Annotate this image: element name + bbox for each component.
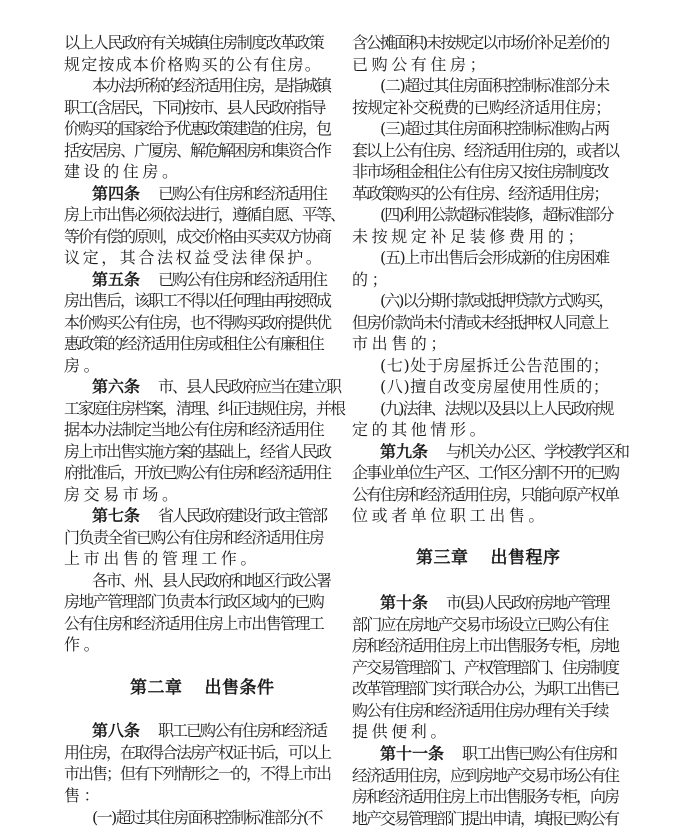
text-line: 房交易市场。 [64, 484, 182, 506]
line-text: 购公有住房和经济适用住房办理有关手续 [352, 701, 608, 720]
line-text: 非市场租金租住公有住房又按住房制度改 [352, 162, 608, 181]
text-line: 规定按成本价格购买的公有住房。 [64, 54, 322, 76]
line-text: 房和经济适用住房上市出售服务专柜，房地 [352, 636, 618, 655]
text-line: 上市出售的管理工作。 [64, 548, 260, 570]
text-line: 本办法所称的经济适用住房，是指城镇 [92, 75, 330, 97]
line-text: 职工(含居民，下同)按市、县人民政府指导 [64, 98, 325, 117]
article-number: 第六条 [92, 377, 140, 396]
text-line: 本价购买公有住房，也不得购买政府提供优 [64, 312, 330, 334]
line-text: 房上市出售必须依法进行，遵循自愿、平等、 [64, 205, 344, 224]
text-line: 定的其他情形。 [352, 419, 489, 441]
text-line: 各市、州、县人民政府和地区行政公署 [92, 570, 330, 592]
line-text: 按规定补交税费的已购经济适用住房； [352, 98, 610, 117]
line-text: (七)处于房屋拆迁公告范围的； [380, 356, 610, 375]
text-line: 房和经济适用住房上市出售服务专柜，房地 [352, 635, 618, 657]
text-line: 房地产管理部门负责本行政区域内的已购 [64, 591, 323, 613]
article-heading-line: 第八条职工已购公有住房和经济适 [92, 720, 326, 742]
line-text: 以上人民政府有关城镇住房制度改革政策 [64, 33, 323, 52]
line-text: (九)法律、法规以及县以上人民政府规 [380, 399, 613, 418]
text-line: 用住房，在取得合法房产权证书后，可以上 [64, 742, 330, 764]
text-line: 作。 [64, 634, 103, 656]
line-text: 经济适用住房，应到房地产交易市场公有住 [352, 766, 618, 785]
line-text: 府批准后，开放已购公有住房和经济适用住 [64, 463, 330, 482]
line-text: 已购公有住房； [352, 55, 489, 74]
line-text: 部门应在房地产交易市场设立已购公有住 [352, 615, 608, 634]
text-line: (九)法律、法规以及县以上人民政府规 [380, 398, 613, 420]
line-text: 等价有偿的原则，成交价格由买卖双方协商 [64, 227, 330, 246]
text-line: 以上人民政府有关城镇住房制度改革政策 [64, 32, 323, 54]
line-text: 职工出售已购公有住房和 [462, 744, 616, 763]
text-line: 的； [352, 269, 391, 291]
text-line: 房出售后，该职工不得以任何理由再按照成 [64, 290, 330, 312]
line-text: (五)上市出售后会形成新的住房困难 [380, 248, 609, 267]
line-text: (三)超过其住房面积控制标准购占两 [380, 119, 609, 138]
text-line: (三)超过其住房面积控制标准购占两 [380, 118, 609, 140]
line-text: 套以上公有住房、经济适用住房的，或者以 [352, 141, 618, 160]
chapter-title: 出售程序 [491, 548, 561, 568]
line-text: 房。 [64, 356, 103, 375]
text-line: 房和经济适用住房上市出售服务专柜，向房 [352, 786, 618, 808]
text-line: (五)上市出售后会形成新的住房困难 [380, 247, 609, 269]
line-text: 市、县人民政府应当在建立职 [158, 377, 340, 396]
article-heading-line: 第四条已购公有住房和经济适用住 [92, 183, 326, 205]
article-heading-line: 第六条市、县人民政府应当在建立职 [92, 376, 340, 398]
article-heading-line: 第七条省人民政府建设行政主管部 [92, 505, 326, 527]
line-text: 房上市出售实施方案的基础上，经省人民政 [64, 442, 330, 461]
line-text: 惠政策的经济适用住房或租住公有廉租住 [64, 334, 323, 353]
line-text: 位或者单位职工出售。 [352, 506, 548, 525]
line-text: 市出售；但有下列情形之一的，不得上市出 [64, 764, 330, 783]
chapter-number: 第二章 [130, 678, 183, 698]
text-line: 工家庭住房档案，清理、纠正违规住房，并根 [64, 398, 344, 420]
text-line: 市出售的； [352, 333, 450, 355]
text-line: 府批准后，开放已购公有住房和经济适用住 [64, 462, 330, 484]
text-line: 房上市出售必须依法进行，遵循自愿、平等、 [64, 204, 344, 226]
line-text: 未按规定补足装修费用的； [352, 227, 587, 246]
article-heading-line: 第十条市(县)人民政府房地产管理 [380, 592, 609, 614]
line-text: 公有住房和经济适用住房上市出售管理工 [64, 614, 323, 633]
line-text: 公有住房和经济适用住房，只能向原产权单 [352, 485, 618, 504]
line-text: 地产交易管理部门提出申请，填报已购公有 [352, 809, 618, 828]
text-line: 公有住房和经济适用住房，只能向原产权单 [352, 484, 618, 506]
article-number: 第九条 [380, 442, 428, 461]
text-line: 等价有偿的原则，成交价格由买卖双方协商 [64, 226, 330, 248]
text-line: 套以上公有住房、经济适用住房的，或者以 [352, 140, 618, 162]
text-line: 价购买的国家给予优惠政策建造的住房，包 [64, 118, 330, 140]
text-line: 含公摊面积)未按规定以市场价补足差价的 [352, 32, 608, 54]
article-number: 第四条 [92, 184, 140, 203]
line-text: 用住房，在取得合法房产权证书后，可以上 [64, 743, 330, 762]
text-line: 建设的住房。 [64, 161, 182, 183]
line-text: 上市出售的管理工作。 [64, 549, 260, 568]
chapter-title: 出售条件 [205, 678, 275, 698]
text-line: 未按规定补足装修费用的； [352, 226, 587, 248]
text-line: 非市场租金租住公有住房又按住房制度改 [352, 161, 608, 183]
text-line: 但房价款尚未付清或未经抵押权人同意上 [352, 312, 608, 334]
text-line: 改革管理部门实行联合办公，为职工出售已 [352, 678, 618, 700]
article-heading-line: 第九条与机关办公区、学校教学区和 [380, 441, 628, 463]
line-text: 改革管理部门实行联合办公，为职工出售已 [352, 679, 618, 698]
text-line: 房。 [64, 355, 103, 377]
text-line: 括安居房、广厦房、解危解困房和集资合作 [64, 140, 330, 162]
line-text: 房和经济适用住房上市出售服务专柜，向房 [352, 787, 618, 806]
line-text: 企事业单位生产区、工作区分割不开的已购 [352, 463, 618, 482]
line-text: 各市、州、县人民政府和地区行政公署 [92, 571, 330, 590]
line-text: 含公摊面积)未按规定以市场价补足差价的 [352, 33, 608, 52]
line-text: 议定，其合法权益受法律保护。 [64, 248, 324, 267]
text-line: 公有住房和经济适用住房上市出售管理工 [64, 613, 323, 635]
text-line: (七)处于房屋拆迁公告范围的； [380, 355, 610, 377]
line-text: 价购买的国家给予优惠政策建造的住房，包 [64, 119, 330, 138]
text-line: 部门应在房地产交易市场设立已购公有住 [352, 614, 608, 636]
line-text: 职工已购公有住房和经济适 [158, 721, 326, 740]
line-text: 已购公有住房和经济适用住 [158, 184, 326, 203]
chapter-number: 第三章 [416, 548, 469, 568]
text-line: 购公有住房和经济适用住房办理有关手续 [352, 700, 608, 722]
text-line: 革政策购买的公有住房、经济适用住房； [352, 183, 608, 205]
text-line: 售： [64, 785, 103, 807]
line-text: 省人民政府建设行政主管部 [158, 506, 326, 525]
line-text: 已购公有住房和经济适用住 [158, 270, 326, 289]
line-text: 定的其他情形。 [352, 420, 489, 439]
line-text: 建设的住房。 [64, 162, 182, 181]
line-text: (六)以分期付款或抵押贷款方式购买， [380, 291, 613, 310]
line-text: 规定按成本价格购买的公有住房。 [64, 55, 322, 74]
document-page: 以上人民政府有关城镇住房制度改革政策规定按成本价格购买的公有住房。本办法所称的经… [0, 0, 690, 835]
text-line: (六)以分期付款或抵押贷款方式购买， [380, 290, 613, 312]
article-number: 第十一条 [380, 744, 444, 763]
text-line: 职工(含居民，下同)按市、县人民政府指导 [64, 97, 325, 119]
line-text: (四)利用公款超标准装修，超标准部分 [380, 205, 613, 224]
line-text: (八)擅自改变房屋使用性质的； [380, 377, 610, 396]
chapter-heading: 第二章出售条件 [130, 676, 275, 700]
line-text: 房出售后，该职工不得以任何理由再按照成 [64, 291, 330, 310]
text-line: 产交易管理部门、产权管理部门、住房制度 [352, 657, 618, 679]
text-line: 经济适用住房，应到房地产交易市场公有住 [352, 765, 618, 787]
article-number: 第八条 [92, 721, 140, 740]
line-text: 售： [64, 786, 103, 805]
line-text: 门负责全省已购公有住房和经济适用住房 [64, 528, 323, 547]
line-text: 本办法所称的经济适用住房，是指城镇 [92, 76, 330, 95]
text-line: 房上市出售实施方案的基础上，经省人民政 [64, 441, 330, 463]
line-text: (一)超过其住房面积控制标准部分(不 [92, 808, 322, 827]
text-line: 已购公有住房； [352, 54, 489, 76]
chapter-heading: 第三章出售程序 [416, 546, 561, 570]
text-line: 按规定补交税费的已购经济适用住房； [352, 97, 610, 119]
text-line: 提供便利。 [352, 721, 450, 743]
text-line: 议定，其合法权益受法律保护。 [64, 247, 324, 269]
line-text: 工家庭住房档案，清理、纠正违规住房，并根 [64, 399, 344, 418]
article-heading-line: 第五条已购公有住房和经济适用住 [92, 269, 326, 291]
text-line: 门负责全省已购公有住房和经济适用住房 [64, 527, 323, 549]
line-text: 据本办法制定当地公有住房和经济适用住 [64, 420, 323, 439]
line-text: 市(县)人民政府房地产管理 [446, 593, 609, 612]
text-line: 企事业单位生产区、工作区分割不开的已购 [352, 462, 618, 484]
text-line: 据本办法制定当地公有住房和经济适用住 [64, 419, 323, 441]
text-line: 市出售；但有下列情形之一的，不得上市出 [64, 763, 330, 785]
line-text: 房地产管理部门负责本行政区域内的已购 [64, 592, 323, 611]
text-line: (四)利用公款超标准装修，超标准部分 [380, 204, 613, 226]
article-number: 第七条 [92, 506, 140, 525]
text-line: (一)超过其住房面积控制标准部分(不 [92, 807, 322, 829]
line-text: 房交易市场。 [64, 485, 182, 504]
line-text: 与机关办公区、学校教学区和 [446, 442, 628, 461]
line-text: 但房价款尚未付清或未经抵押权人同意上 [352, 313, 608, 332]
line-text: 产交易管理部门、产权管理部门、住房制度 [352, 658, 618, 677]
line-text: 括安居房、广厦房、解危解困房和集资合作 [64, 141, 330, 160]
article-number: 第五条 [92, 270, 140, 289]
line-text: 作。 [64, 635, 103, 654]
line-text: 本价购买公有住房，也不得购买政府提供优 [64, 313, 330, 332]
line-text: (二)超过其住房面积控制标准部分未 [380, 76, 609, 95]
line-text: 革政策购买的公有住房、经济适用住房； [352, 184, 608, 203]
text-line: 地产交易管理部门提出申请，填报已购公有 [352, 808, 618, 830]
text-line: (二)超过其住房面积控制标准部分未 [380, 75, 609, 97]
line-text: 的； [352, 270, 391, 289]
line-text: 提供便利。 [352, 722, 450, 741]
text-line: 位或者单位职工出售。 [352, 505, 548, 527]
article-number: 第十条 [380, 593, 428, 612]
text-line: 惠政策的经济适用住房或租住公有廉租住 [64, 333, 323, 355]
text-line: (八)擅自改变房屋使用性质的； [380, 376, 610, 398]
line-text: 市出售的； [352, 334, 450, 353]
article-heading-line: 第十一条职工出售已购公有住房和 [380, 743, 616, 765]
